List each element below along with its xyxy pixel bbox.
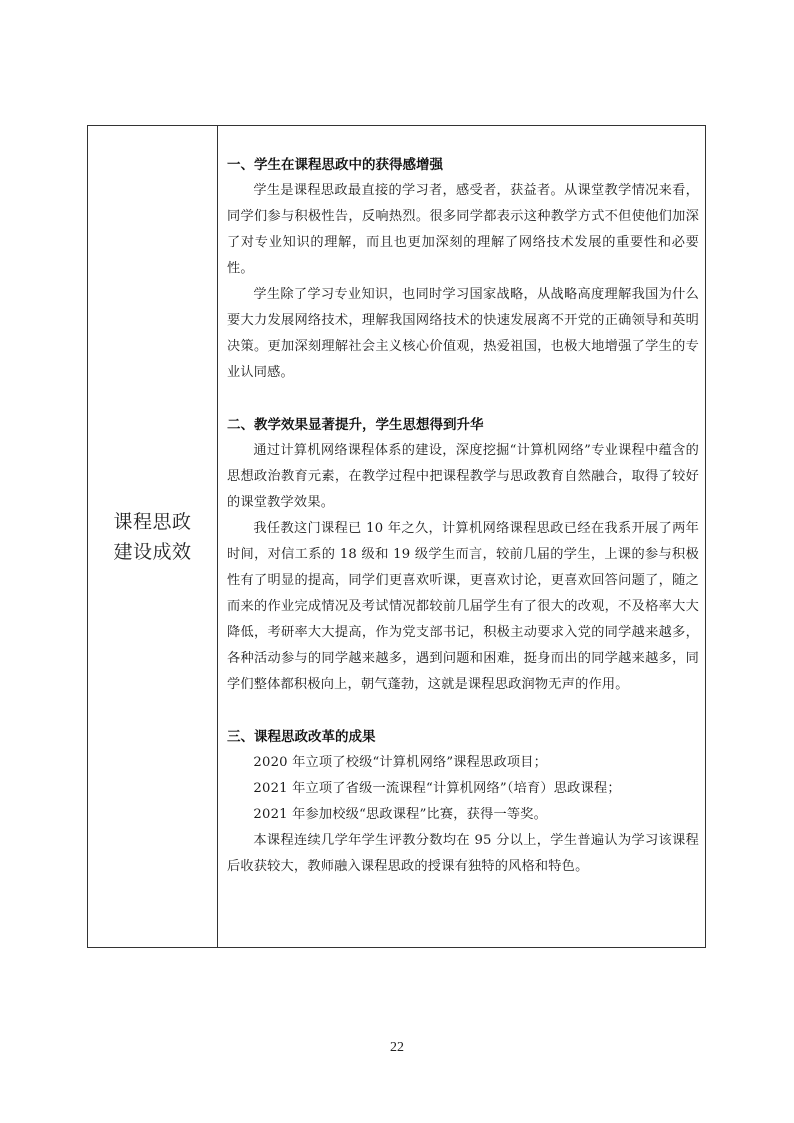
section-3: 三、课程思政改革的成果 2020 年立项了校级“计算机网络”课程思政项目； 20… (227, 724, 699, 880)
achievement-item: 2021 年立项了省级一流课程“计算机网络”（培育）思政课程； (227, 776, 699, 802)
page-number: 22 (0, 1040, 794, 1056)
row-label-cell: 课程思政 建设成效 (88, 126, 218, 947)
row-label-line-1: 课程思政 (113, 507, 191, 537)
section-heading: 三、课程思政改革的成果 (227, 724, 699, 750)
achievement-item: 2021 年参加校级“思政课程”比赛，获得一等奖。 (227, 802, 699, 828)
section-1: 一、学生在课程思政中的获得感增强 学生是课程思政最直接的学习者，感受者，获益者。… (227, 152, 699, 386)
paragraph: 我任教这门课程已 10 年之久，计算机网络课程思政已经在我系开展了两年时间，对信… (227, 516, 699, 698)
achievement-item: 2020 年立项了校级“计算机网络”课程思政项目； (227, 750, 699, 776)
paragraph: 本课程连续几学年学生评教分数均在 95 分以上，学生普遍认为学习该课程后收获较大… (227, 828, 699, 880)
section-heading: 一、学生在课程思政中的获得感增强 (227, 152, 699, 178)
content-cell: 一、学生在课程思政中的获得感增强 学生是课程思政最直接的学习者，感受者，获益者。… (218, 126, 705, 947)
section-2: 二、教学效果显著提升，学生思想得到升华 通过计算机网络课程体系的建设，深度挖掘“… (227, 412, 699, 698)
paragraph: 学生是课程思政最直接的学习者，感受者，获益者。从课堂教学情况来看，同学们参与积极… (227, 178, 699, 282)
paragraph: 学生除了学习专业知识，也同时学习国家战略，从战略高度理解我国为什么要大力发展网络… (227, 282, 699, 386)
paragraph: 通过计算机网络课程体系的建设，深度挖掘“计算机网络”专业课程中蕴含的思想政治教育… (227, 438, 699, 516)
document-table: 课程思政 建设成效 一、学生在课程思政中的获得感增强 学生是课程思政最直接的学习… (87, 125, 706, 948)
section-heading: 二、教学效果显著提升，学生思想得到升华 (227, 412, 699, 438)
row-label-line-2: 建设成效 (113, 537, 191, 567)
